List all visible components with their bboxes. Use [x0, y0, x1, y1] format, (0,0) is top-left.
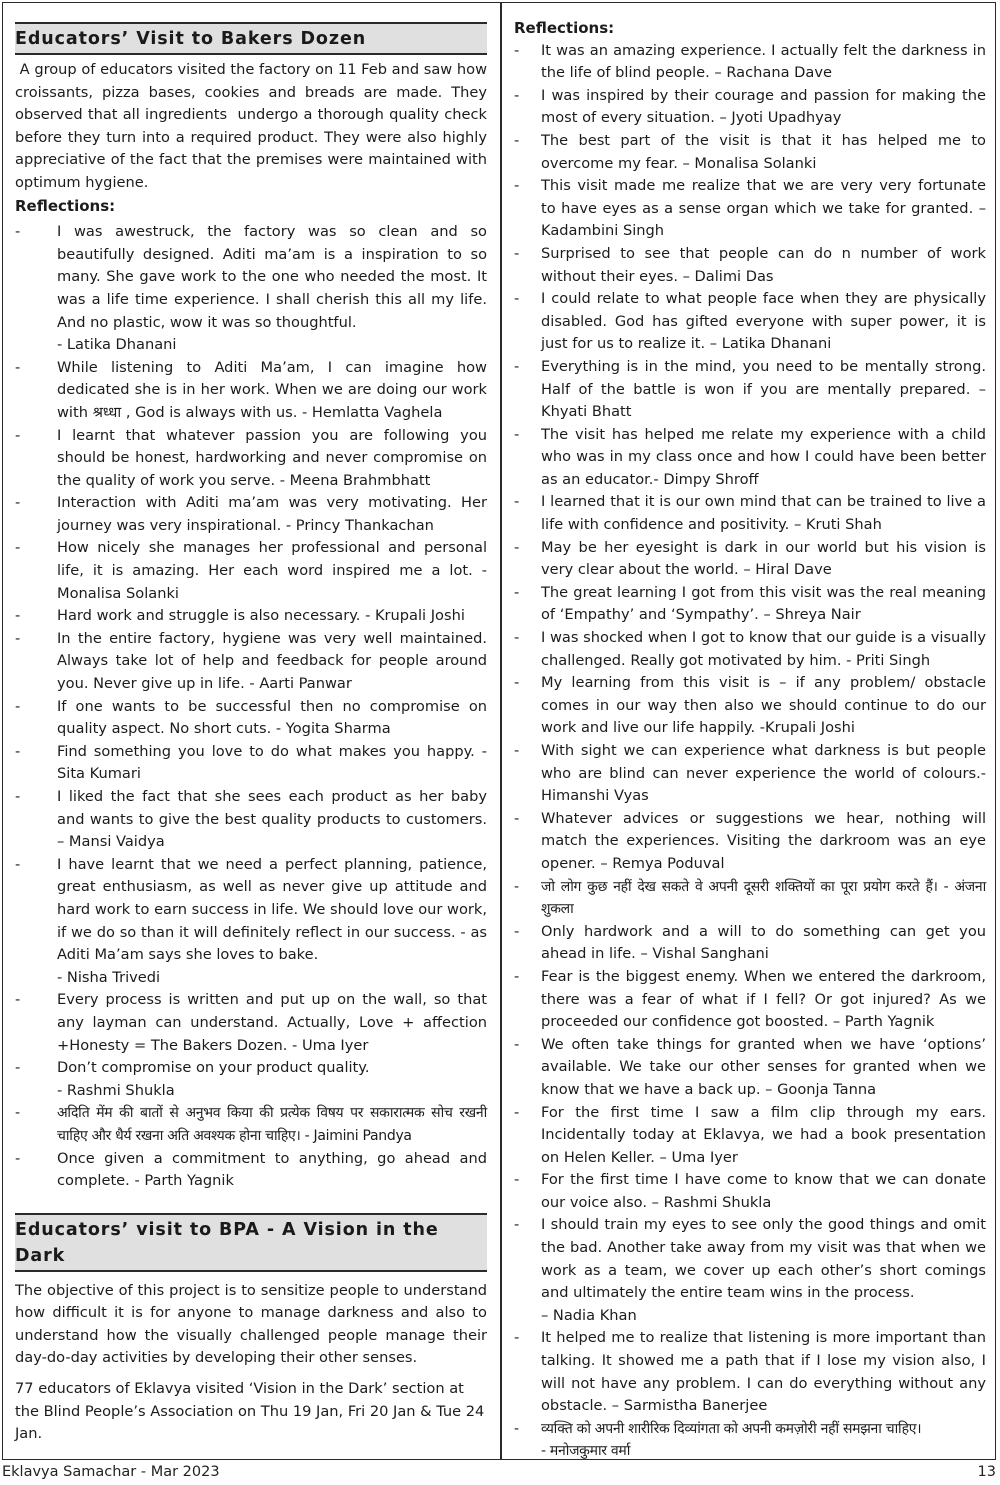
reflection-item: -Hard work and struggle is also necessar… [15, 605, 487, 628]
reflection-item: -Interaction with Aditi ma’am was very m… [15, 492, 487, 537]
dash-bullet: - [514, 921, 519, 944]
dash-bullet: - [514, 1169, 519, 1192]
reflection-item: -I learnt that whatever passion you are … [15, 425, 487, 493]
dash-bullet: - [514, 243, 519, 266]
reflection-item: -While listening to Aditi Ma’am, I can i… [15, 357, 487, 425]
dash-bullet: - [15, 1057, 20, 1080]
reflection-item: -The great learning I got from this visi… [514, 582, 986, 627]
reflection-text: If one wants to be successful then no co… [57, 698, 487, 738]
reflection-item: -Everything is in the mind, you need to … [514, 356, 986, 424]
reflection-item: -It helped me to realize that listening … [514, 1327, 986, 1417]
reflections-heading-left: Reflections: [15, 195, 487, 218]
publication-footer: Eklavya Samachar - Mar 2023 [2, 1464, 220, 1480]
reflection-item: -If one wants to be successful then no c… [15, 696, 487, 741]
reflection-text: It helped me to realize that listening i… [541, 1329, 986, 1414]
dash-bullet: - [15, 221, 20, 244]
reflection-text: My learning from this visit is – if any … [541, 674, 986, 736]
reflection-item: -My learning from this visit is – if any… [514, 672, 986, 740]
reflection-text: I learnt that whatever passion you are f… [57, 427, 487, 489]
dash-bullet: - [15, 1148, 20, 1171]
reflection-text: This visit made me realize that we are v… [541, 177, 986, 239]
reflection-item: -We often take things for granted when w… [514, 1034, 986, 1102]
reflection-item: -I learned that it is our own mind that … [514, 491, 986, 536]
reflection-item: -Surprised to see that people can do n n… [514, 243, 986, 288]
reflection-item: -I should train my eyes to see only the … [514, 1214, 986, 1327]
reflection-text: I learned that it is our own mind that c… [541, 493, 986, 533]
dash-bullet: - [15, 741, 20, 764]
reflection-item: -For the first time I have come to know … [514, 1169, 986, 1214]
dash-bullet: - [514, 40, 519, 63]
reflection-text: The great learning I got from this visit… [541, 584, 986, 624]
reflection-text: Fear is the biggest enemy. When we enter… [541, 968, 986, 1030]
reflection-text: I could relate to what people face when … [541, 290, 986, 352]
reflection-text: व्यक्ति को अपनी शारीरिक दिव्यांगता को अप… [541, 1421, 921, 1437]
page-number: 13 [978, 1464, 996, 1480]
reflection-text: I was inspired by their courage and pass… [541, 87, 986, 127]
reflection-text: Interaction with Aditi ma’am was very mo… [57, 494, 487, 534]
reflection-text: May be her eyesight is dark in our world… [541, 539, 986, 579]
dash-bullet: - [15, 989, 20, 1012]
reflection-text: The visit has helped me relate my experi… [541, 426, 986, 488]
reflection-text: Hard work and struggle is also necessary… [57, 607, 465, 624]
reflection-text: In the entire factory, hygiene was very … [57, 630, 487, 692]
left-column: Educators’ Visit to Bakers Dozen A group… [15, 22, 487, 1446]
reflection-item: -Don’t compromise on your product qualit… [15, 1057, 487, 1102]
dash-bullet: - [514, 808, 519, 831]
reflection-text: I was shocked when I got to know that ou… [541, 629, 986, 669]
reflection-text: For the first time I have come to know t… [541, 1171, 986, 1211]
reflection-item: -How nicely she manages her professional… [15, 537, 487, 605]
bakers-dozen-reflections: -I was awestruck, the factory was so cle… [15, 221, 487, 1193]
reflection-text: Find something you love to do what makes… [57, 743, 487, 783]
reflection-text: Whatever advices or suggestions we hear,… [541, 810, 986, 872]
dash-bullet: - [15, 1102, 20, 1125]
dash-bullet: - [514, 424, 519, 447]
reflection-item: -I was awestruck, the factory was so cle… [15, 221, 487, 357]
reflection-item: -I was shocked when I got to know that o… [514, 627, 986, 672]
reflections-heading-right: Reflections: [514, 17, 986, 40]
dash-bullet: - [514, 1102, 519, 1125]
dash-bullet: - [514, 1327, 519, 1350]
dash-bullet: - [514, 1034, 519, 1057]
dash-bullet: - [514, 1214, 519, 1237]
dash-bullet: - [514, 627, 519, 650]
dash-bullet: - [15, 786, 20, 809]
reflection-item: -जो लोग कुछ नहीं देख सकते वे अपनी दूसरी … [514, 876, 986, 921]
dash-bullet: - [514, 966, 519, 989]
reflection-item: -Fear is the biggest enemy. When we ente… [514, 966, 986, 1034]
dash-bullet: - [514, 356, 519, 379]
dash-bullet: - [514, 175, 519, 198]
dash-bullet: - [15, 628, 20, 651]
reflection-text: I was awestruck, the factory was so clea… [57, 223, 487, 330]
dash-bullet: - [514, 491, 519, 514]
reflection-text: Don’t compromise on your product quality… [57, 1059, 369, 1076]
reflection-item: -For the first time I saw a film clip th… [514, 1102, 986, 1170]
dash-bullet: - [514, 582, 519, 605]
reflection-item: -I liked the fact that she sees each pro… [15, 786, 487, 854]
vision-in-dark-visit-info: 77 educators of Eklavya visited ‘Vision … [15, 1378, 487, 1446]
reflection-text: I liked the fact that she sees each prod… [57, 788, 487, 850]
reflection-item: -I could relate to what people face when… [514, 288, 986, 356]
reflection-item: -Only hardwork and a will to do somethin… [514, 921, 986, 966]
reflection-item: -Once given a commitment to anything, go… [15, 1148, 487, 1193]
reflection-text: Only hardwork and a will to do something… [541, 923, 986, 963]
dash-bullet: - [514, 1418, 519, 1441]
reflection-item: -I have learnt that we need a perfect pl… [15, 854, 487, 990]
reflection-author: – Nadia Khan [541, 1305, 986, 1328]
reflection-text: For the first time I saw a film clip thr… [541, 1104, 986, 1166]
dash-bullet: - [514, 85, 519, 108]
section-title-bakers-dozen: Educators’ Visit to Bakers Dozen [15, 22, 487, 55]
dash-bullet: - [15, 537, 20, 560]
dash-bullet: - [514, 537, 519, 560]
reflection-text: How nicely she manages her professional … [57, 539, 487, 601]
reflection-text: Once given a commitment to anything, go … [57, 1150, 487, 1190]
dash-bullet: - [514, 130, 519, 153]
dash-bullet: - [514, 288, 519, 311]
reflection-author: - मनोजकुमार वर्मा [541, 1440, 986, 1463]
reflection-item: -Every process is written and put up on … [15, 989, 487, 1057]
reflection-item: -With sight we can experience what darkn… [514, 740, 986, 808]
section-title-vision-in-dark: Educators’ visit to BPA - A Vision in th… [15, 1213, 487, 1272]
right-column: Reflections: -It was an amazing experien… [514, 17, 986, 1463]
reflection-item: -Find something you love to do what make… [15, 741, 487, 786]
dash-bullet: - [15, 696, 20, 719]
reflection-item: -अदिति मेंम की बातों से अनुभव किया की प्… [15, 1102, 487, 1147]
reflection-item: -I was inspired by their courage and pas… [514, 85, 986, 130]
reflection-text: Everything is in the mind, you need to b… [541, 358, 986, 420]
reflection-author: - Latika Dhanani [57, 334, 487, 357]
reflection-author: - Rashmi Shukla [57, 1080, 487, 1103]
reflection-text: अदिति मेंम की बातों से अनुभव किया की प्र… [57, 1105, 487, 1144]
reflection-text: We often take things for granted when we… [541, 1036, 986, 1098]
reflection-item: -Whatever advices or suggestions we hear… [514, 808, 986, 876]
reflection-text: With sight we can experience what darkne… [541, 742, 986, 804]
dash-bullet: - [514, 672, 519, 695]
reflection-text: It was an amazing experience. I actually… [541, 42, 986, 82]
reflection-text: I have learnt that we need a perfect pla… [57, 856, 487, 963]
dash-bullet: - [514, 740, 519, 763]
reflection-text: Every process is written and put up on t… [57, 991, 487, 1053]
reflection-item: -व्यक्ति को अपनी शारीरिक दिव्यांगता को अ… [514, 1418, 986, 1463]
column-divider [500, 2, 502, 1460]
dash-bullet: - [15, 425, 20, 448]
reflection-item: -It was an amazing experience. I actuall… [514, 40, 986, 85]
reflection-item: -The best part of the visit is that it h… [514, 130, 986, 175]
dash-bullet: - [15, 492, 20, 515]
vision-in-dark-reflections: -It was an amazing experience. I actuall… [514, 40, 986, 1463]
bakers-dozen-intro: A group of educators visited the factory… [15, 59, 487, 195]
dash-bullet: - [514, 876, 519, 899]
reflection-text: While listening to Aditi Ma’am, I can im… [57, 359, 487, 421]
vision-in-dark-objective: The objective of this project is to sens… [15, 1280, 487, 1370]
reflection-item: -The visit has helped me relate my exper… [514, 424, 986, 492]
reflection-item: -This visit made me realize that we are … [514, 175, 986, 243]
reflection-item: -May be her eyesight is dark in our worl… [514, 537, 986, 582]
reflection-text: Surprised to see that people can do n nu… [541, 245, 986, 285]
reflection-item: -In the entire factory, hygiene was very… [15, 628, 487, 696]
dash-bullet: - [15, 854, 20, 877]
reflection-text: I should train my eyes to see only the g… [541, 1216, 986, 1301]
reflection-text: जो लोग कुछ नहीं देख सकते वे अपनी दूसरी श… [541, 879, 986, 918]
dash-bullet: - [15, 357, 20, 380]
reflection-text: The best part of the visit is that it ha… [541, 132, 986, 172]
reflection-author: - Nisha Trivedi [57, 967, 487, 990]
dash-bullet: - [15, 605, 20, 628]
